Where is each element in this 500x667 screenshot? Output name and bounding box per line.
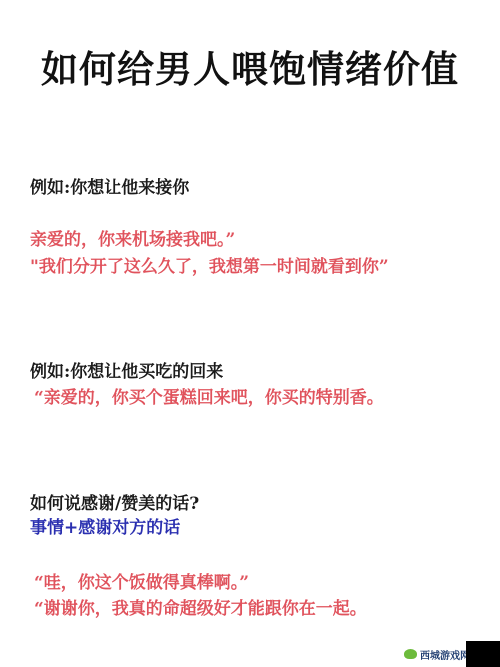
watermark: 西城游戏网	[400, 641, 500, 667]
watermark-text: 西城游戏网	[420, 647, 470, 662]
section-3-quote-2: “谢谢你，我真的命超级好才能跟你在一起。	[34, 598, 367, 620]
section-3-quote-1: “哇，你这个饭做得真棒啊。”	[34, 572, 249, 594]
section-2-quote-1: “亲爱的，你买个蛋糕回来吧，你买的特别香。	[34, 387, 384, 409]
section-3-heading: 如何说感谢/赞美的话?	[30, 493, 199, 515]
section-1-heading: 例如:你想让他来接你	[30, 177, 189, 199]
section-1-quote-1: 亲爱的，你来机场接我吧。”	[30, 229, 235, 251]
watermark-black-block	[466, 641, 500, 667]
leaf-logo-icon	[404, 649, 417, 659]
section-2-heading: 例如:你想让他买吃的回来	[30, 361, 223, 383]
watermark-badge: 西城游戏网	[400, 641, 466, 667]
section-3-formula: 事情+感谢对方的话	[30, 517, 180, 539]
section-1-quote-2: "我们分开了这么久了，我想第一时间就看到你”	[30, 256, 389, 278]
page-title: 如何给男人喂饱情绪价值	[0, 46, 500, 94]
